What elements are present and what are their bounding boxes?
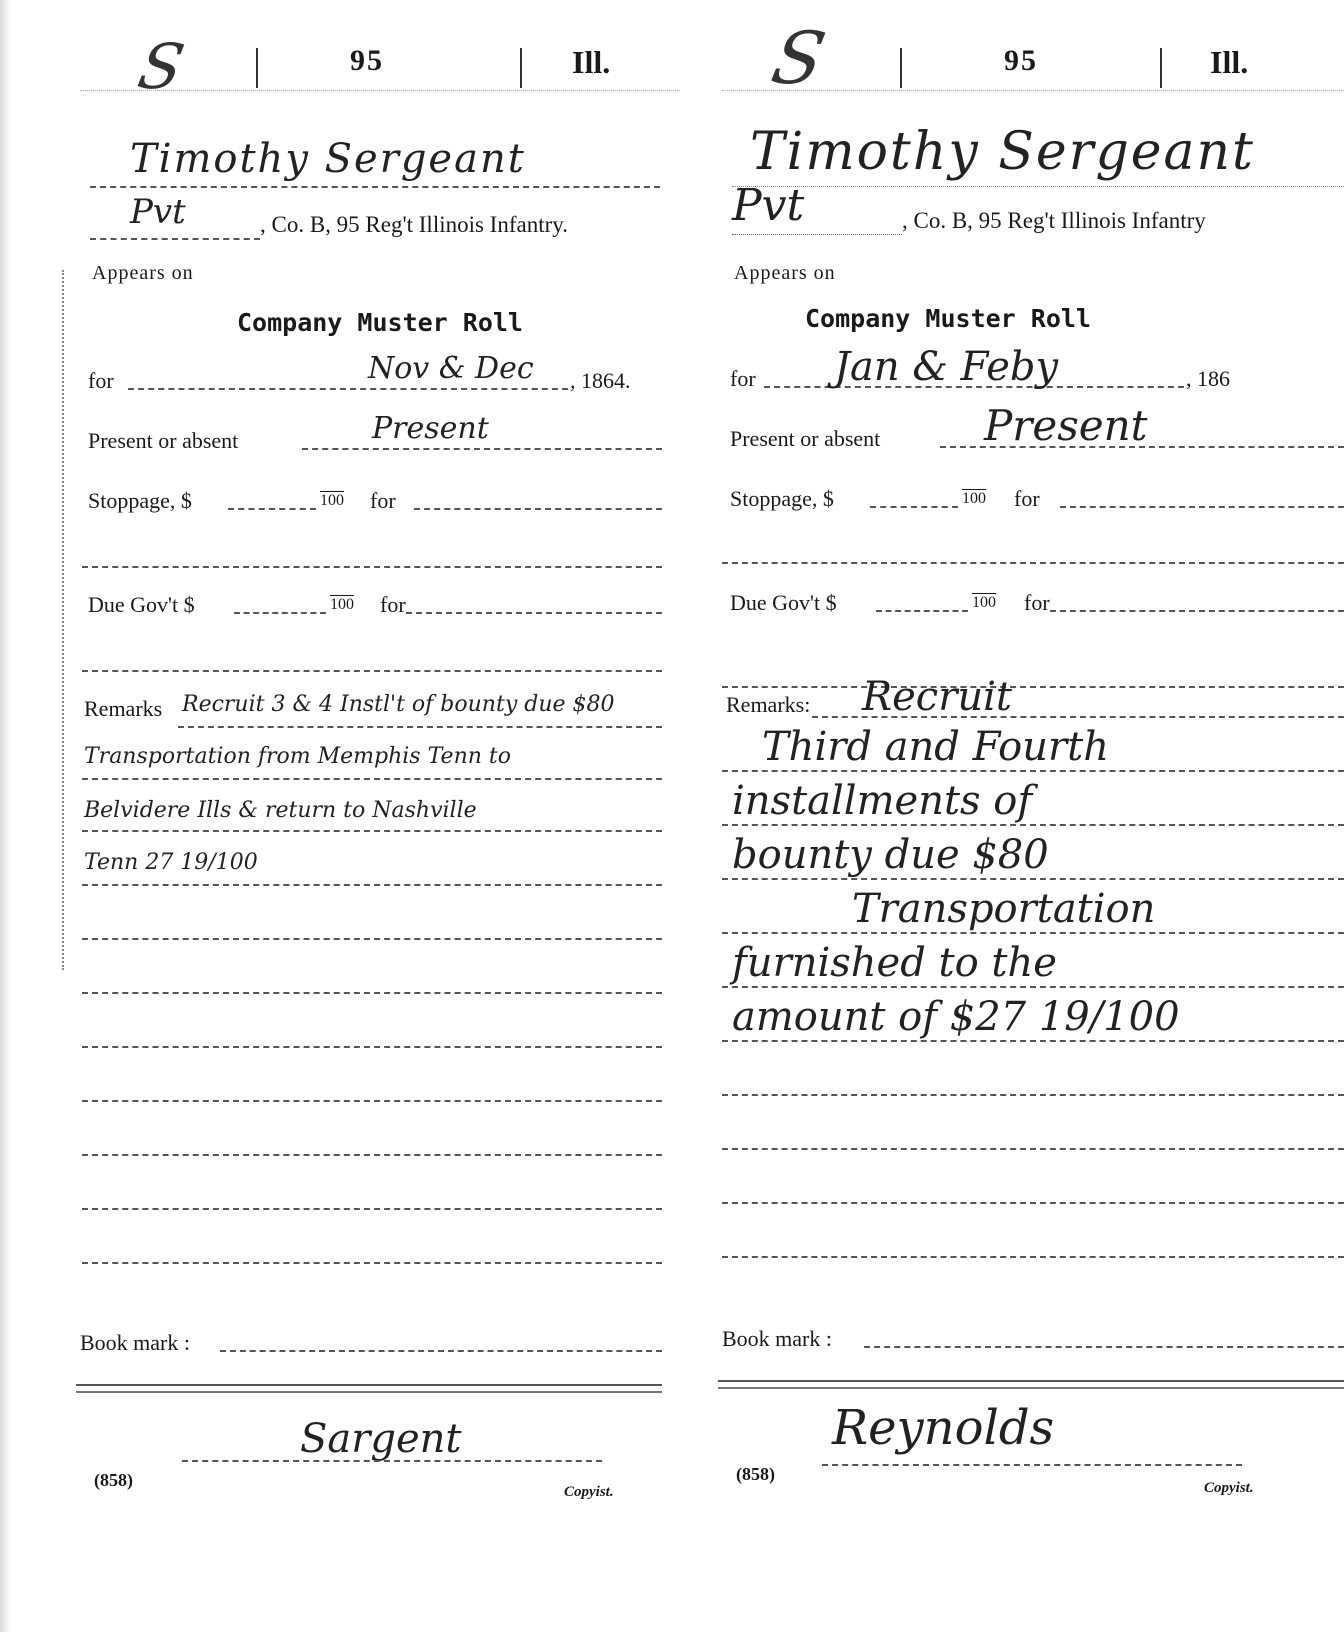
due-gov-for-field xyxy=(1050,610,1344,612)
book-mark-row: Book mark : xyxy=(80,1330,662,1356)
roll-title: Company Muster Roll xyxy=(80,308,680,337)
for-value: Jan & Feby xyxy=(834,344,1058,390)
remarks-rule xyxy=(82,1046,662,1048)
remarks-rule xyxy=(82,938,662,940)
present-field: Present xyxy=(302,448,662,450)
soldier-name: Timothy Sergeant xyxy=(130,136,526,182)
remarks-label: Remarks: xyxy=(726,692,810,718)
stoppage-row: Stoppage, $ 100 for xyxy=(88,488,662,514)
remarks-rule xyxy=(722,1148,1344,1150)
double-rule xyxy=(718,1380,1344,1389)
remarks-rule xyxy=(722,986,1344,988)
blank-line xyxy=(82,670,662,672)
stoppage-for-field xyxy=(1060,506,1344,508)
for-label: for xyxy=(88,368,114,393)
remarks-rule xyxy=(722,1094,1344,1096)
soldier-name: Timothy Sergeant xyxy=(750,122,1255,182)
due-gov-for-field xyxy=(406,612,662,614)
due-gov-field xyxy=(234,612,326,614)
book-mark-field xyxy=(864,1346,1344,1348)
signature-line xyxy=(822,1464,1242,1466)
remarks-block: Remarks: Recruit Third and Fourth instal… xyxy=(722,690,1344,1330)
stoppage-row: Stoppage, $ 100 for xyxy=(730,486,1344,512)
rank-value: Pvt xyxy=(130,192,186,232)
book-mark-row: Book mark : xyxy=(722,1326,1344,1352)
remarks-rule xyxy=(82,992,662,994)
card-header: S 95 Ill. xyxy=(80,30,680,100)
header-divider xyxy=(520,48,522,88)
remarks-rule xyxy=(722,1256,1344,1258)
remarks-rule xyxy=(82,884,662,886)
due-gov-label: Due Gov't $ xyxy=(88,592,195,617)
remarks-line: Transportation xyxy=(852,886,1155,932)
due-gov-for-label: for xyxy=(1024,590,1050,616)
header-baseline xyxy=(722,90,1344,91)
remarks-line: bounty due $80 xyxy=(732,832,1049,878)
remarks-rule xyxy=(722,770,1344,772)
state-abbr: Ill. xyxy=(572,44,610,81)
remarks-rule xyxy=(82,1100,662,1102)
remarks-line: Tenn 27 19/100 xyxy=(84,850,258,875)
present-label: Present or absent xyxy=(88,428,238,453)
unit-text: , Co. B, 95 Reg't Illinois Infantry. xyxy=(260,212,568,237)
remarks-rule xyxy=(812,716,1344,718)
for-row: for Jan & Feby , 186 xyxy=(730,366,1344,392)
surname-initial: S xyxy=(765,16,832,100)
copyist-signature: Reynolds xyxy=(832,1400,1054,1456)
header-divider xyxy=(256,48,258,88)
stoppage-for-label: for xyxy=(370,488,396,514)
remarks-line: amount of $27 19/100 xyxy=(732,994,1180,1040)
copyist-label: Copyist. xyxy=(1204,1480,1254,1497)
remarks-label: Remarks xyxy=(84,696,162,722)
regiment-number: 95 xyxy=(350,44,384,78)
double-rule xyxy=(76,1384,662,1393)
present-row: Present or absent Present xyxy=(88,428,662,454)
blank-line xyxy=(722,686,1344,688)
stoppage-label: Stoppage, $ xyxy=(88,488,192,513)
stoppage-field xyxy=(228,508,316,510)
remarks-rule xyxy=(722,1040,1344,1042)
blank-line xyxy=(82,566,662,568)
remarks-line: installments of xyxy=(732,778,1032,824)
remarks-rule xyxy=(82,830,662,832)
card-border-left xyxy=(62,270,66,970)
card-header: S 95 Ill. xyxy=(722,30,1344,100)
stoppage-for-label: for xyxy=(1014,486,1040,512)
due-gov-for-label: for xyxy=(380,592,406,618)
rank-field: Pvt xyxy=(732,208,902,235)
copyist-label: Copyist. xyxy=(564,1484,614,1501)
for-field: Jan & Feby xyxy=(764,386,1184,388)
header-baseline xyxy=(80,90,680,91)
due-gov-cents: 100 xyxy=(972,594,996,612)
book-mark-field xyxy=(220,1350,662,1352)
remarks-line: Third and Fourth xyxy=(762,724,1109,770)
stoppage-for-field xyxy=(414,508,662,510)
remarks-rule xyxy=(178,726,662,728)
present-value: Present xyxy=(984,401,1148,450)
remarks-rule xyxy=(722,878,1344,880)
copyist-signature: Sargent xyxy=(300,1416,461,1462)
remarks-rule xyxy=(722,824,1344,826)
remarks-block: Remarks Recruit 3 & 4 Instl't of bounty … xyxy=(82,690,662,1330)
remarks-line: Transportation from Memphis Tenn to xyxy=(84,744,511,769)
rank-field: Pvt xyxy=(90,212,260,240)
stoppage-label: Stoppage, $ xyxy=(730,486,834,511)
for-value: Nov & Dec xyxy=(368,351,534,386)
header-divider xyxy=(900,48,902,88)
book-mark-label: Book mark : xyxy=(80,1330,190,1355)
for-label: for xyxy=(730,366,756,391)
service-card-right: S 95 Ill. Timothy Sergeant Pvt , Co. B, … xyxy=(722,0,1344,1632)
due-gov-label: Due Gov't $ xyxy=(730,590,837,615)
year-text: , 186 xyxy=(1186,366,1230,392)
remarks-line: furnished to the xyxy=(732,940,1057,986)
blank-line xyxy=(722,562,1344,564)
stoppage-cents: 100 xyxy=(320,492,344,510)
remarks-rule xyxy=(722,932,1344,934)
remarks-rule xyxy=(722,1202,1344,1204)
remarks-line: Belvidere Ills & return to Nashville xyxy=(84,798,477,823)
year-text: , 1864. xyxy=(570,368,631,394)
due-gov-row: Due Gov't $ 100 for xyxy=(88,592,662,618)
rank-unit-line: Pvt , Co. B, 95 Reg't Illinois Infantry. xyxy=(90,212,680,252)
remarks-rule xyxy=(82,778,662,780)
rank-value: Pvt xyxy=(732,180,804,231)
appears-on-label: Appears on xyxy=(734,262,836,285)
state-abbr: Ill. xyxy=(1210,44,1248,81)
for-field: Nov & Dec xyxy=(128,388,568,390)
stoppage-field xyxy=(870,506,958,508)
book-mark-label: Book mark : xyxy=(722,1326,832,1351)
present-label: Present or absent xyxy=(730,426,880,451)
signature-line xyxy=(182,1460,602,1462)
remarks-rule xyxy=(82,1154,662,1156)
roll-title: Company Muster Roll xyxy=(722,304,1174,333)
remarks-rule xyxy=(82,1262,662,1264)
for-row: for Nov & Dec , 1864. xyxy=(88,368,662,394)
form-number: (858) xyxy=(94,1470,133,1491)
present-value: Present xyxy=(372,411,489,446)
remarks-rule xyxy=(82,1208,662,1210)
regiment-number: 95 xyxy=(1004,44,1038,78)
soldier-name-line: Timothy Sergeant xyxy=(90,150,660,188)
present-row: Present or absent Present xyxy=(730,426,1344,452)
header-divider xyxy=(1160,48,1162,88)
present-field: Present xyxy=(940,446,1344,448)
soldier-name-line: Timothy Sergeant xyxy=(732,150,1344,187)
surname-initial: S xyxy=(132,30,190,103)
due-gov-row: Due Gov't $ 100 for xyxy=(730,590,1344,616)
remarks-line: Recruit xyxy=(862,674,1012,720)
due-gov-cents: 100 xyxy=(330,596,354,614)
appears-on-label: Appears on xyxy=(92,262,194,285)
scan-edge-shadow xyxy=(0,0,12,1632)
unit-text: , Co. B, 95 Reg't Illinois Infantry xyxy=(902,208,1206,233)
service-card-left: S 95 Ill. Timothy Sergeant Pvt , Co. B, … xyxy=(80,0,680,1632)
due-gov-field xyxy=(876,610,968,612)
rank-unit-line: Pvt , Co. B, 95 Reg't Illinois Infantry xyxy=(732,208,1344,248)
remarks-line: Recruit 3 & 4 Instl't of bounty due $80 xyxy=(182,692,615,717)
form-number: (858) xyxy=(736,1464,775,1485)
stoppage-cents: 100 xyxy=(962,490,986,508)
